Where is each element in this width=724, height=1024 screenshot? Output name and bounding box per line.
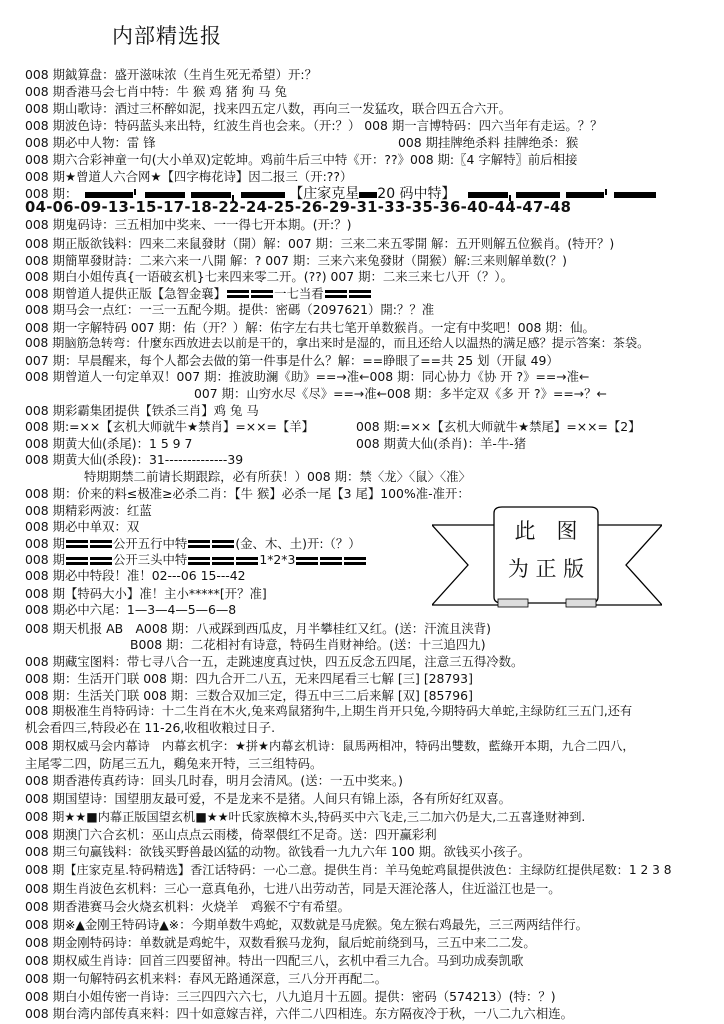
list-item-text: 008 期 <box>25 536 65 551</box>
list-item: 008 期必中人物：雷 锋 <box>25 134 156 151</box>
list-item: 008 期★★■内幕正版国望玄机■★★叶氏家族樟木头,特码买中六飞走,三二加六仍… <box>25 809 585 826</box>
block-decoration <box>344 557 366 565</box>
block-decoration <box>325 290 347 298</box>
list-item: 008 期※▲金刚王特码诗▲※：今期单数牛鸡蛇，双数就是马虎猴。兔左猴右鸡最先，… <box>25 916 588 933</box>
list-item: 008 期必中特段！准！02---06 15---42 <box>25 567 246 584</box>
list-item: 008 期波色诗：特码蓝头来出特，红波生肖也会来。（开:？） 008 期一言博特… <box>25 117 603 134</box>
list-item: 008 期马会一点红：一三一五配今期。提供：密碼（2097621）開:？？准 <box>25 301 434 318</box>
bar-decoration <box>145 192 185 198</box>
list-item: 008 期黄大仙(杀肖)：羊-牛-猪 <box>356 435 526 452</box>
block-decoration <box>66 557 88 565</box>
list-item: 007 期：早晨醒来，每个人都会去做的第一件事是什么？解：==睁眼了==共 25… <box>25 352 559 369</box>
list-item: 008 期鬼码诗：三五相加中奖来、一一得七开本期。(开:？) <box>25 216 351 233</box>
list-item: 008 期白小姐传密一肖诗：三三四四六六七，八九追月十五圆。提供：密码（5742… <box>25 988 556 1005</box>
list-item: 008 期：生活开门联 008 期：四九合开二八五，无来四尾看三七解 [三] [… <box>25 670 473 687</box>
bar-decoration <box>191 192 231 198</box>
bar-decoration <box>241 192 285 198</box>
bar-decoration <box>566 192 604 198</box>
list-item: 008 期金刚特码诗：单数就是鸡蛇牛，双数看猴马龙狗，鼠后蛇前绕到马，三五中来二… <box>25 934 536 951</box>
list-item: 008 期:=××【玄机大师就牛★禁尾】=××=【2】 <box>356 418 641 435</box>
list-item: 008 期香港马会七肖中特：牛 猴 鸡 猪 狗 马 兔 <box>25 83 287 100</box>
block-decoration <box>251 290 273 298</box>
list-item: 008 期藏宝图料：带七寻八合一五，走跳速度真过快，四五反念五四尾，注意三五得冷… <box>25 653 523 670</box>
list-item: 008 期六合彩神童一句(大小单双)定乾坤。鸡前牛后三中特《开：??》008 期… <box>25 151 577 168</box>
list-item: 008 期正版欲钱料：四来二来鼠發財（開）解：007 期：三来二来五零開 解：五… <box>25 235 614 252</box>
list-item: 008 期极准生肖特码诗：十二生肖在木火,兔来鸡鼠猪狗牛,上期生肖开只兔,今期特… <box>25 703 632 720</box>
list-item: 008 期权威生肖诗：回首三四要留神。特出一四配三八，玄机中看三九合。马到功成奏… <box>25 952 523 969</box>
bar-decoration <box>614 192 656 198</box>
list-item-text: 008 期 <box>25 552 65 567</box>
list-item: 008 期挂牌绝杀料 挂牌绝杀：猴 <box>398 134 578 151</box>
list-item: 008 期权威马会内幕诗 内幕玄机字：★拼★内幕玄机诗：鼠馬两相冲，特码出雙数，… <box>25 738 635 755</box>
list-item: 008 期天机报 AB A008 期：八戒踩到西瓜皮，月半攀桂红又红。(送：汗流… <box>25 620 491 637</box>
list-item-santou: 008 期公开三头中特1*2*3 <box>25 551 367 568</box>
list-item: 008 期曾道人一句定单双！007 期：推波助澜《助》==→准←008 期：同心… <box>25 368 589 385</box>
block-decoration <box>227 290 249 298</box>
official-version-banner: 此 图 为 正 版 <box>432 505 662 615</box>
block-decoration <box>349 290 371 298</box>
list-item-text: 008 期曾道人提供正版【急智金襄】 <box>25 286 226 301</box>
list-item-text: 一七当看 <box>274 286 324 301</box>
block-decoration <box>188 557 210 565</box>
list-item: B008 期：二花相衬有诗意，特码生肖财神给。(送：十三追四九) <box>130 636 486 653</box>
list-item: 008 期:=××【玄机大师就牛★禁肖】=××=【羊】 <box>25 418 314 435</box>
list-item: 008 期簡單發財詩：二来六来一八開 解：? 007 期：三来六来兔發財（開猴）… <box>25 252 567 269</box>
list-item: 008 期黄大仙(杀段)：31--------------39 <box>25 451 243 468</box>
block-decoration <box>320 557 342 565</box>
list-item: 008 期白小姐传真{一语破玄机}七来四来零二开。(??) 007 期：二来三来… <box>25 268 513 285</box>
list-item: 008 期精彩两波：红蓝 <box>25 502 152 519</box>
list-item: 008 期【庄家克星.特码精选】香江话特码：一心二意。提供生肖：羊马兔蛇鸡鼠提供… <box>25 862 671 879</box>
list-item-text: 1*2*3 <box>259 552 295 567</box>
list-item: 008 期香港传真药诗：回头几时春，明月会清风。(送：一五中奖来。) <box>25 772 403 789</box>
list-item: 007 期：山穷水尽《尽》==→准←008 期：多半定双《多 开 ?》==→？← <box>194 385 607 402</box>
banner-line-1: 此 图 <box>494 515 598 545</box>
list-item: 008 期必中六尾：1—3—4—5—6—8 <box>25 601 236 618</box>
list-item-text: 公开五行中特 <box>113 536 187 551</box>
list-item: 008 期鉞算盘：盛开滋味浓（生肖生死无希望）开:？ <box>25 66 317 83</box>
list-item-wuxing: 008 期公开五行中特(金、木、土)开:（？） <box>25 535 361 552</box>
list-item: 008 期【特码大小】准！主小*****[开？准] <box>25 585 267 602</box>
list-item: 主尾零二四，防尾三五九，鷄兔来开特，三三组特码。 <box>25 755 322 772</box>
list-item: 008 期：价来的料≤极准≥必杀二肖：【牛 猴】必杀一尾【3 尾】100%准-准… <box>25 485 470 502</box>
twenty-codes-numbers: 04-06-09-13-15-17-18-22-24-25-26-29-31-3… <box>25 199 571 216</box>
list-item: 008 期黄大仙(杀尾)：1 5 9 7 <box>25 435 192 452</box>
block-decoration <box>212 540 234 548</box>
list-item: 008 期台湾内部传真来料：四十如意嫁吉祥，六伴二八四相连。东方隔夜冷于秋，一八… <box>25 1005 573 1022</box>
list-item: 008 期：生活关门联 008 期：三数合双加三定，得五中三二后来解 [双] [… <box>25 687 473 704</box>
list-item: 008 期一句解特码玄机来料：春风无路通深意，三八分开再配二。 <box>25 970 387 987</box>
list-item: 机会看四三,特段必在 11-26,收租收粮过日子. <box>25 719 275 736</box>
block-decoration <box>90 540 112 548</box>
list-item: 008 期香港赛马会火烧玄机料：火烧羊 鸡猴不宁有希望。 <box>25 898 350 915</box>
list-item: 008 期国望诗：国望朋友最可爱，不是龙来不是猪。人间只有锦上添，各有所好红双喜… <box>25 790 511 807</box>
block-decoration <box>66 540 88 548</box>
list-item-text: (金、木、土)开:（？） <box>235 536 360 551</box>
page-title: 内部精选报 <box>112 20 222 50</box>
bar-decoration <box>359 192 377 198</box>
bar-decoration <box>85 192 133 198</box>
block-decoration <box>212 557 234 565</box>
block-decoration <box>236 557 258 565</box>
list-item: 008 期必中单双：双 <box>25 518 139 535</box>
banner-line-2: 为 正 版 <box>494 553 598 583</box>
block-decoration <box>90 557 112 565</box>
list-item: 008 期一字解特码 007 期：佑（开？）解：佑字左右共七笔开单数猴肖。一定有… <box>25 319 595 336</box>
list-item: 008 期三句赢钱料：欲钱买野兽最凶猛的动物。欲钱看一九九六年 100 期。欲钱… <box>25 843 530 860</box>
list-item-text: 公开三头中特 <box>113 552 187 567</box>
list-item: 008 期彩霸集团提供【铁杀三肖】鸡 兔 马 <box>25 402 259 419</box>
block-decoration <box>296 557 318 565</box>
bar-decoration <box>516 192 560 198</box>
list-item: 008 期生肖波色玄机料：三心一意真龟孙，七进八出劳动苦，同是天涯沦落人，住近溢… <box>25 880 561 897</box>
list-item: 008 期★曾道人六合网★【四字梅花诗】因二报三（开:??） <box>25 168 352 185</box>
list-item: 008 期澳门六合玄机：巫山点点云雨楼，倚翠偎红不足奇。送：四开赢彩利 <box>25 826 437 843</box>
bar-decoration <box>468 192 508 198</box>
list-item: 008 期山歌诗：酒过三杯醉如泥，找来四五定八数，再向三一发猛攻，联合四五合六开… <box>25 100 511 117</box>
list-item: 008 期脑筋急转弯：什麼东西放进去以前是干的，拿出来时是湿的，而且还给人以温热… <box>25 335 649 352</box>
block-decoration <box>188 540 210 548</box>
list-item: 特期期禁二前请长期跟踪，必有所获！）008 期：禁〈龙〉〈鼠〉〈准〉 <box>84 468 471 485</box>
list-item-jizhi: 008 期曾道人提供正版【急智金襄】一七当看 <box>25 285 372 302</box>
